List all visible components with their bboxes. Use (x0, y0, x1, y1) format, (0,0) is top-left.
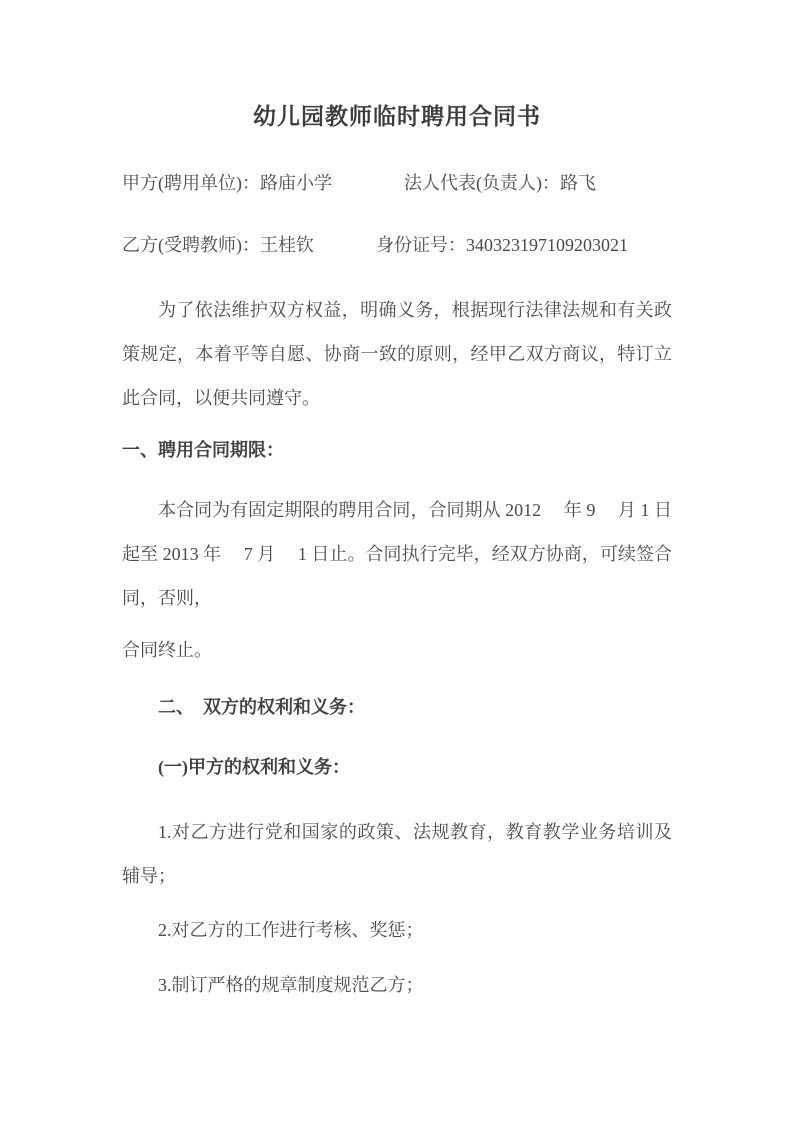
party-a-label: 甲方(聘用单位)： (122, 173, 260, 193)
legal-rep-label: 法人代表(负责人)： (404, 173, 560, 193)
preamble-paragraph: 为了依法维护双方权益，明确义务，根据现行法律法规和有关政策规定，本着平等自愿、协… (122, 288, 672, 420)
document-title: 幼儿园教师临时聘用合同书 (122, 100, 672, 134)
document-content: 幼儿园教师临时聘用合同书 甲方(聘用单位)：路庙小学法人代表(负责人)：路飞 乙… (0, 0, 794, 1007)
section-2-heading: 二、 双方的权利和义务： (122, 695, 672, 719)
party-b-label: 乙方(受聘教师)： (122, 235, 260, 255)
document-page: 幼儿园教师临时聘用合同书 甲方(聘用单位)：路庙小学法人代表(负责人)：路飞 乙… (0, 0, 794, 1123)
id-number-label: 身份证号： (376, 235, 466, 255)
obligation-item-1: 1.对乙方进行党和国家的政策、法规教育，教育教学业务培训及辅导； (122, 810, 672, 898)
party-a-value: 路庙小学 (260, 173, 332, 193)
section-1-heading: 一、聘用合同期限： (122, 438, 672, 462)
section-1-body: 本合同为有固定期限的聘用合同，合同期从 2012 年 9 月 1 日起至 201… (122, 488, 672, 620)
obligation-item-3: 3.制订严格的规章制度规范乙方； (122, 963, 672, 1007)
party-a-line: 甲方(聘用单位)：路庙小学法人代表(负责人)：路飞 (122, 171, 672, 195)
legal-rep-value: 路飞 (560, 173, 596, 193)
subsection-1-heading: (一)甲方的权利和义务： (122, 755, 672, 779)
section-1-body-tail: 合同终止。 (122, 638, 672, 662)
party-b-value: 王桂钦 (260, 235, 314, 255)
party-b-line: 乙方(受聘教师)：王桂钦身份证号：340323197109203021 (122, 233, 672, 257)
obligation-item-2: 2.对乙方的工作进行考核、奖惩； (122, 908, 672, 952)
id-number-value: 340323197109203021 (466, 235, 628, 255)
